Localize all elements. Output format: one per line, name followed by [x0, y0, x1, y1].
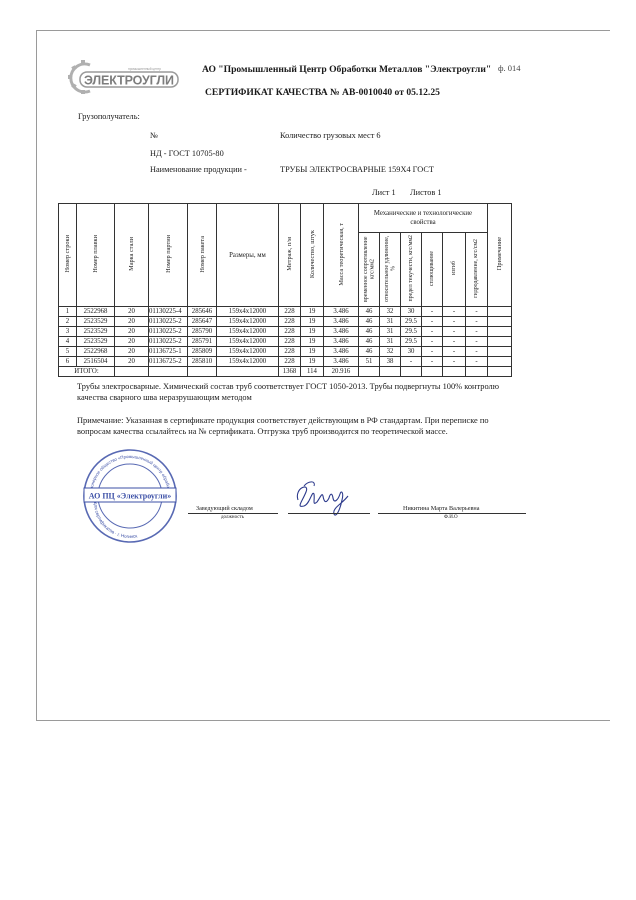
cell-note — [488, 337, 512, 347]
table-row: 325235292001130225-2285790159х4х12000228… — [59, 327, 512, 337]
sheet-count: Листов 1 — [410, 188, 442, 197]
cell-n: 1 — [59, 307, 77, 317]
cell-m: 228 — [279, 307, 301, 317]
col-mass: Масса теоретическая, т — [324, 204, 359, 307]
totals-label: ИТОГО: — [59, 367, 115, 377]
cell-hydro: - — [466, 327, 488, 337]
cell-grade: 20 — [115, 347, 149, 357]
cell-m: 228 — [279, 357, 301, 367]
cell-m: 228 — [279, 337, 301, 347]
col-package-no: Номер пакета — [188, 204, 217, 307]
cell-hydro: - — [466, 317, 488, 327]
col-size: Размеры, мм — [217, 204, 279, 307]
col-heat-no: Номер плавки — [77, 204, 115, 307]
col-elongation: относительное удлинение, % — [380, 233, 401, 307]
totals-empty-cell — [380, 367, 401, 377]
cell-batch: 01130225-4 — [149, 307, 188, 317]
cell-yield: 29.5 — [401, 327, 422, 337]
cell-qty: 19 — [301, 327, 324, 337]
totals-empty-cell — [422, 367, 443, 377]
cell-grade: 20 — [115, 327, 149, 337]
signature-line — [288, 513, 370, 514]
totals-mass: 20.916 — [324, 367, 359, 377]
name-caption: Ф.И.О — [444, 515, 458, 520]
company-stamp: акционерное общество «Промышленный центр… — [82, 448, 178, 544]
cell-flat: - — [422, 317, 443, 327]
cell-bend: - — [443, 307, 466, 317]
svg-text:ЭЛЕКТРОУГЛИ: ЭЛЕКТРОУГЛИ — [84, 74, 174, 88]
cell-flat: - — [422, 337, 443, 347]
col-flattening: сплющивание — [422, 233, 443, 307]
cell-heat: 2523529 — [77, 337, 115, 347]
cell-tensile: 46 — [359, 347, 380, 357]
totals-empty-cell — [115, 367, 149, 377]
cell-m: 228 — [279, 317, 301, 327]
cell-elong: 31 — [380, 337, 401, 347]
cell-n: 4 — [59, 337, 77, 347]
cell-n: 5 — [59, 347, 77, 357]
cell-mass: 3.486 — [324, 357, 359, 367]
cell-pack: 285809 — [188, 347, 217, 357]
cell-n: 6 — [59, 357, 77, 367]
cell-tensile: 46 — [359, 327, 380, 337]
cell-batch: 01130225-2 — [149, 327, 188, 337]
cell-note — [488, 317, 512, 327]
certificate-title: СЕРТИФИКАТ КАЧЕСТВА № АВ-0010040 от 05.1… — [205, 87, 440, 98]
totals-quantity: 114 — [301, 367, 324, 377]
col-yield: предел текучести, кгс/мм2 — [401, 233, 422, 307]
cell-yield: 30 — [401, 347, 422, 357]
col-note: Примечание — [488, 204, 512, 307]
totals-row: ИТОГО:136811420.916 — [59, 367, 512, 377]
totals-empty-cell — [188, 367, 217, 377]
cell-mass: 3.486 — [324, 347, 359, 357]
col-steel-grade: Марка стали — [115, 204, 149, 307]
table-row: 125229682001130225-4285646159х4х12000228… — [59, 307, 512, 317]
cell-bend: - — [443, 337, 466, 347]
company-logo: ЭЛЕКТРОУГЛИ промышленный центр — [68, 60, 180, 94]
cell-bend: - — [443, 317, 466, 327]
svg-text:АО ПЦ «Электроугли»: АО ПЦ «Электроугли» — [89, 492, 172, 501]
col-group-mechanical: Механические и технологические свойства — [359, 204, 488, 233]
handwritten-signature — [292, 478, 352, 518]
cell-hydro: - — [466, 337, 488, 347]
cell-flat: - — [422, 347, 443, 357]
table-row: 625165042001136725-2285810159х4х12000228… — [59, 357, 512, 367]
col-row-no: Номер строки — [59, 204, 77, 307]
product-label: Наименование продукции - — [150, 165, 247, 174]
cell-heat: 2523529 — [77, 317, 115, 327]
cell-qty: 19 — [301, 317, 324, 327]
cell-qty: 19 — [301, 357, 324, 367]
col-quantity: Количество, штук — [301, 204, 324, 307]
totals-meters: 1368 — [279, 367, 301, 377]
cell-tensile: 46 — [359, 337, 380, 347]
cell-tensile: 46 — [359, 317, 380, 327]
col-meters: Метраж, п/м — [279, 204, 301, 307]
cell-heat: 2522968 — [77, 307, 115, 317]
cell-size: 159х4х12000 — [217, 327, 279, 337]
cell-grade: 20 — [115, 307, 149, 317]
cell-m: 228 — [279, 327, 301, 337]
totals-empty-cell — [488, 367, 512, 377]
cell-batch: 01130225-2 — [149, 317, 188, 327]
cell-size: 159х4х12000 — [217, 357, 279, 367]
totals-empty-cell — [401, 367, 422, 377]
cell-heat: 2523529 — [77, 327, 115, 337]
cell-elong: 32 — [380, 307, 401, 317]
cell-yield: 29.5 — [401, 317, 422, 327]
product-value: ТРУБЫ ЭЛЕКТРОСВАРНЫЕ 159Х4 ГОСТ — [280, 165, 434, 174]
svg-text:промышленный центр: промышленный центр — [128, 67, 161, 71]
cell-size: 159х4х12000 — [217, 337, 279, 347]
cell-heat: 2522968 — [77, 347, 115, 357]
form-number: ф. 014 — [498, 63, 521, 73]
totals-empty-cell — [149, 367, 188, 377]
cell-mass: 3.486 — [324, 337, 359, 347]
position-text: Заведующий складом — [196, 505, 253, 512]
cell-flat: - — [422, 357, 443, 367]
cargo-places: Количество грузовых мест 6 — [280, 131, 381, 140]
cell-elong: 38 — [380, 357, 401, 367]
company-name: АО "Промышленный Центр Обработки Металло… — [202, 64, 491, 75]
cell-pack: 285646 — [188, 307, 217, 317]
cell-qty: 19 — [301, 337, 324, 347]
page-frame-left — [36, 30, 37, 720]
cell-batch: 01136725-1 — [149, 347, 188, 357]
table-row: 225235292001130225-2285647159х4х12000228… — [59, 317, 512, 327]
number-label: № — [150, 131, 158, 140]
cell-grade: 20 — [115, 357, 149, 367]
col-tensile: временное сопротивление кгс/мм2 — [359, 233, 380, 307]
cell-qty: 19 — [301, 347, 324, 357]
cell-size: 159х4х12000 — [217, 307, 279, 317]
cell-bend: - — [443, 347, 466, 357]
cell-qty: 19 — [301, 307, 324, 317]
cell-elong: 31 — [380, 327, 401, 337]
totals-empty-cell — [443, 367, 466, 377]
cell-elong: 31 — [380, 317, 401, 327]
page-frame-top — [36, 30, 610, 31]
cell-note — [488, 327, 512, 337]
cell-flat: - — [422, 307, 443, 317]
cell-mass: 3.486 — [324, 317, 359, 327]
cell-hydro: - — [466, 307, 488, 317]
cell-pack: 285647 — [188, 317, 217, 327]
totals-empty-cell — [217, 367, 279, 377]
cell-yield: 30 — [401, 307, 422, 317]
col-bend: изгиб — [443, 233, 466, 307]
cell-heat: 2516504 — [77, 357, 115, 367]
cell-elong: 32 — [380, 347, 401, 357]
cell-hydro: - — [466, 357, 488, 367]
certificate-table: Номер строки Номер плавки Марка стали Но… — [58, 203, 512, 377]
totals-empty-cell — [359, 367, 380, 377]
position-caption: должность — [221, 515, 244, 520]
cell-tensile: 51 — [359, 357, 380, 367]
note-remark: Примечание: Указанная в сертификате прод… — [77, 415, 517, 437]
cell-m: 228 — [279, 347, 301, 357]
cell-mass: 3.486 — [324, 307, 359, 317]
table-row: 525229682001136725-1285809159х4х12000228… — [59, 347, 512, 357]
cell-batch: 01136725-2 — [149, 357, 188, 367]
cell-n: 2 — [59, 317, 77, 327]
cell-pack: 285790 — [188, 327, 217, 337]
cell-batch: 01130225-2 — [149, 337, 188, 347]
col-hydro: гидродавление, кгс/см2 — [466, 233, 488, 307]
col-batch-no: Номер партии — [149, 204, 188, 307]
cell-n: 3 — [59, 327, 77, 337]
cell-hydro: - — [466, 347, 488, 357]
cell-size: 159х4х12000 — [217, 317, 279, 327]
cell-flat: - — [422, 327, 443, 337]
standard-nd: НД - ГОСТ 10705-80 — [150, 149, 224, 158]
cell-bend: - — [443, 327, 466, 337]
consignee-label: Грузополучатель: — [78, 112, 140, 121]
cell-pack: 285810 — [188, 357, 217, 367]
cell-note — [488, 347, 512, 357]
cell-grade: 20 — [115, 337, 149, 347]
cell-note — [488, 357, 512, 367]
sheet-number: Лист 1 — [372, 188, 396, 197]
cell-grade: 20 — [115, 317, 149, 327]
cell-bend: - — [443, 357, 466, 367]
cell-yield: - — [401, 357, 422, 367]
cell-size: 159х4х12000 — [217, 347, 279, 357]
table-row: 425235292001130225-2285791159х4х12000228… — [59, 337, 512, 347]
cell-tensile: 46 — [359, 307, 380, 317]
name-line — [378, 513, 526, 514]
composition-remark: Трубы электросварные. Химический состав … — [77, 381, 517, 403]
page-frame-bottom — [36, 720, 610, 721]
cell-mass: 3.486 — [324, 327, 359, 337]
signer-name: Никитина Марта Валерьевна — [403, 505, 479, 512]
position-line — [188, 513, 278, 514]
cell-note — [488, 307, 512, 317]
totals-empty-cell — [466, 367, 488, 377]
cell-pack: 285791 — [188, 337, 217, 347]
cell-yield: 29.5 — [401, 337, 422, 347]
